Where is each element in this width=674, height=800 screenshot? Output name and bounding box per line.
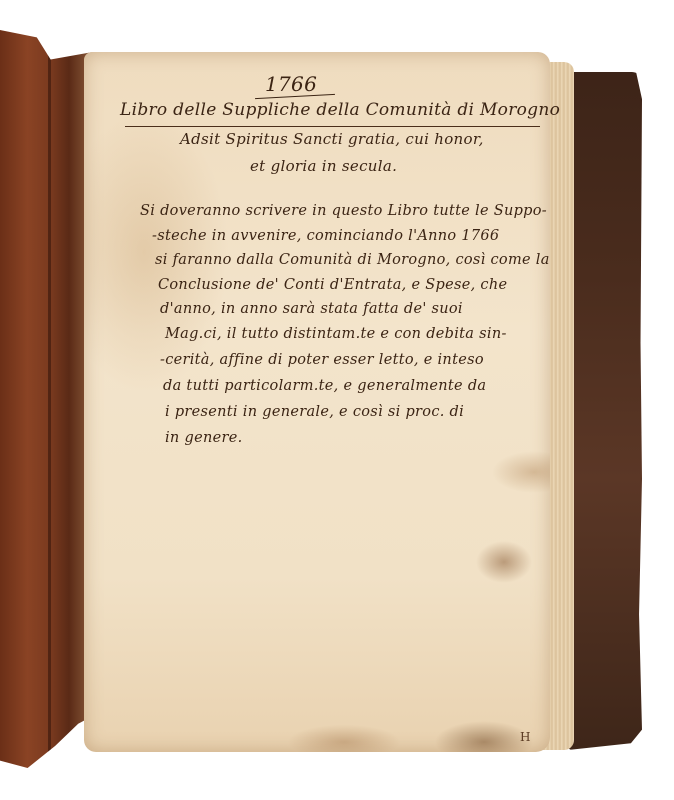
- corner-mark: H: [520, 730, 531, 744]
- title-rule: [125, 126, 540, 127]
- body-line: in genere.: [165, 430, 243, 446]
- body-line: si faranno dalla Comunità di Morogno, co…: [155, 252, 550, 268]
- body-line: Mag.ci, il tutto distintam.te e con debi…: [165, 326, 507, 342]
- body-line: Si doveranno scrivere in questo Libro tu…: [140, 203, 547, 219]
- book-title: Libro delle Suppliche della Comunità di …: [120, 100, 560, 120]
- invocation-line-2: et gloria in secula.: [250, 157, 397, 175]
- body-line: -cerità, affine di poter esser letto, e …: [160, 352, 484, 368]
- body-line: i presenti in generale, e così si proc. …: [165, 404, 464, 420]
- body-line: Conclusione de' Conti d'Entrata, e Spese…: [158, 277, 507, 293]
- right-leather-cover: [568, 72, 642, 750]
- year-heading: 1766: [265, 72, 317, 96]
- left-leather-cover: [0, 30, 92, 768]
- body-line: da tutti particolarm.te, e generalmente …: [163, 378, 486, 394]
- invocation-line-1: Adsit Spiritus Sancti gratia, cui honor,: [180, 130, 484, 148]
- body-line: -steche in avvenire, cominciando l'Anno …: [152, 228, 499, 244]
- body-line: d'anno, in anno sarà stata fatta de' suo…: [160, 301, 463, 317]
